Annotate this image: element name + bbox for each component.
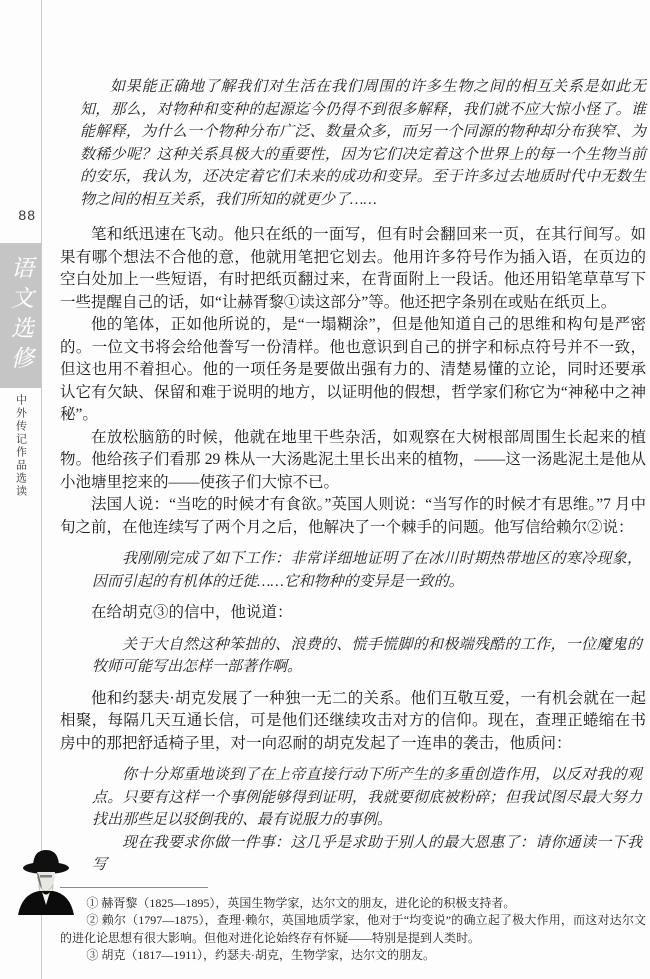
main-text-column: 如果能正确地了解我们对生活在我们周围的许多生物之间的相互关系是如此无知，那么，对… — [60, 76, 646, 965]
footnote-separator-rule — [60, 887, 208, 888]
letter-quote-challenge-part2: 现在我要求你做一件事：这几乎是求助于别人的最大恩惠了：请你通读一下我写 — [92, 832, 642, 877]
book-subtitle-vertical: 中外传记作品选读 — [14, 394, 26, 498]
paragraph-handwriting: 他的笔体，正如他所说的，是“一塌糊涂”，但是他知道自己的思维和构句是严密的。一位… — [60, 314, 646, 427]
footnote-hooker: ③ 胡克（1817—1911），约瑟夫·胡克，生物学家，达尔文的朋友。 — [60, 947, 646, 965]
paragraph-pen-and-paper: 笔和纸迅速在飞动。他只在纸的一面写，但有时会翻回来一页，在其行间写。如果有哪个想… — [60, 224, 646, 314]
book-subtitle-vertical-wrap: 中外传记作品选读 — [0, 394, 41, 524]
letter-quote-challenge: 你十分郑重地谈到了在上帝直接行动下所产生的多重创造作用，以反对我的观点。只要有这… — [92, 764, 642, 877]
paragraph-french-english-saying: 法国人说：“当吃的时候才有食欲。”英国人则说：“当写作的时候才有思维。”7 月中… — [60, 494, 646, 539]
letter-quote-challenge-part1: 你十分郑重地谈到了在上帝直接行动下所产生的多重创造作用，以反对我的观点。只要有这… — [92, 764, 642, 832]
letter-quote-devils-chaplain: 关于大自然这种笨拙的、浪费的、慌手慌脚的和极端残酷的工作，一位魔鬼的牧师可能写出… — [92, 634, 642, 679]
letter-quote-to-lyell-text: 我刚刚完成了如下工作：非常详细地证明了在冰川时期热带地区的寒冷现象，因而引起的有… — [92, 548, 642, 593]
letter-quote-to-lyell: 我刚刚完成了如下工作：非常详细地证明了在冰川时期热带地区的寒冷现象，因而引起的有… — [92, 548, 642, 593]
gutter-divider-line — [41, 0, 42, 979]
opening-quote: 如果能正确地了解我们对生活在我们周围的许多生物之间的相互关系是如此无知，那么，对… — [80, 76, 646, 211]
series-banner: 语文选修 — [0, 243, 41, 388]
footnote-lyell: ② 赖尔（1797—1875），查理·赖尔，英国地质学家，他对于“均变说”的确立… — [60, 912, 646, 947]
paragraph-hooker-letter-intro: 在给胡克③的信中，他说道： — [60, 602, 646, 625]
footnote-huxley: ① 赫胥黎（1825—1895），英国生物学家，达尔文的朋友，进化论的积极支持者… — [60, 895, 646, 913]
paragraph-hooker-relationship: 他和约瑟夫·胡克发展了一种独一无二的关系。他们互敬互爱，一有机会就在一起相聚，每… — [60, 688, 646, 756]
paragraph-relaxing-garden: 在放松脑筋的时候，他就在地里干些杂活，如观察在大树根部周围生长起来的植物。他给孩… — [60, 427, 646, 495]
series-title-vertical: 语文选修 — [9, 256, 32, 376]
letter-quote-devils-chaplain-text: 关于大自然这种笨拙的、浪费的、慌手慌脚的和极端残酷的工作，一位魔鬼的牧师可能写出… — [92, 634, 642, 679]
book-page: 88 语文选修 中外传记作品选读 如果能正确地了解我们对生活在我们周围的许多生物… — [0, 0, 650, 979]
page-number: 88 — [0, 207, 36, 223]
